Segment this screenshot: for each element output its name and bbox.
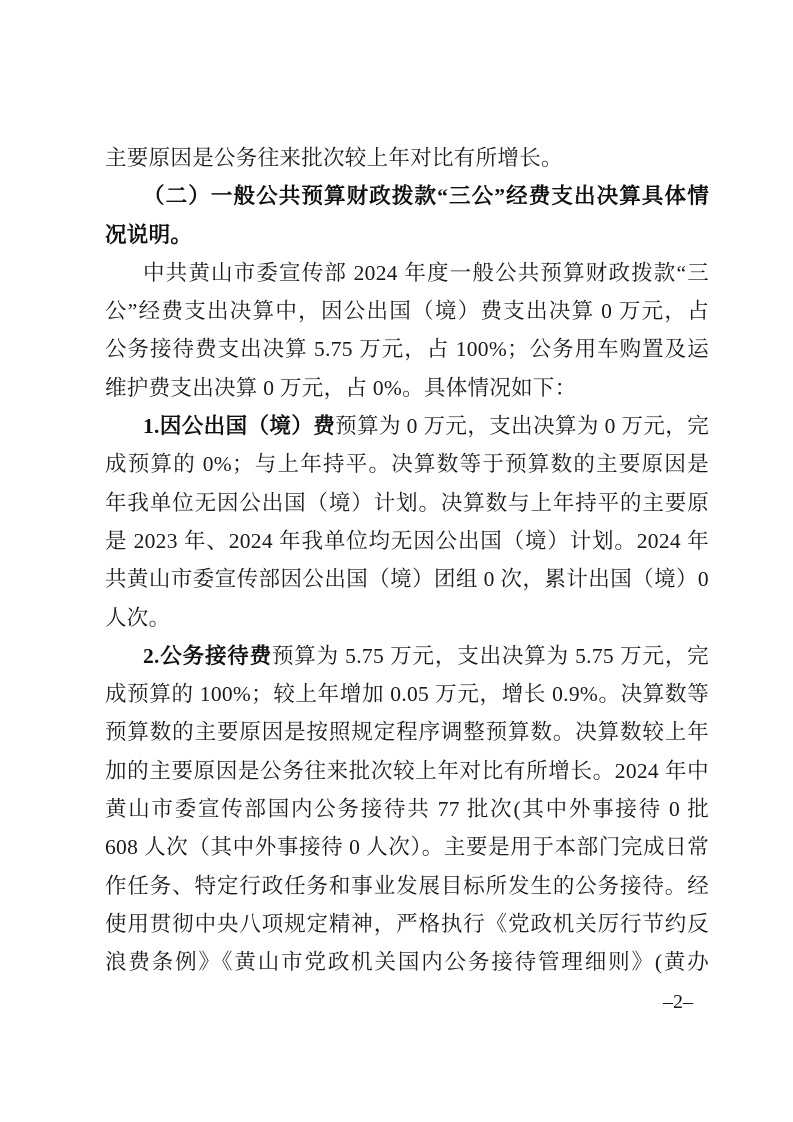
heading-line: 况说明。 xyxy=(105,216,709,254)
body-line: 成预算的 100%；较上年增加 0.05 万元，增长 0.9%。决算数等于 xyxy=(105,675,709,713)
page-number: –2– xyxy=(663,991,693,1013)
section-heading-run: 1.因公出国（境）费 xyxy=(143,414,335,438)
body-line: 作任务、特定行政任务和事业发展目标所发生的公务接待。经费 xyxy=(105,867,709,905)
body-line: 是 2023 年、2024 年我单位均无因公出国（境）计划。2024 年中 xyxy=(105,522,709,560)
section-heading-run: 2.公务接待费 xyxy=(143,644,272,668)
body-line: 主要原因是公务往来批次较上年对比有所增长。 xyxy=(105,139,709,177)
body-line: 2.公务接待费预算为 5.75 万元，支出决算为 5.75 万元，完 xyxy=(105,637,709,675)
body-line: 人次。 xyxy=(105,599,709,637)
body-line: 预算数的主要原因是按照规定程序调整预算数。决算数较上年增 xyxy=(105,713,709,751)
body-line: 浪费条例》《黄山市党政机关国内公务接待管理细则》(黄办〔2014〕 xyxy=(105,943,709,981)
body-line: 中共黄山市委宣传部 2024 年度一般公共预算财政拨款“三 xyxy=(105,254,709,292)
heading-line: （二）一般公共预算财政拨款“三公”经费支出决算具体情 xyxy=(105,177,709,215)
body-line: 年我单位无因公出国（境）计划。决算数与上年持平的主要原因 xyxy=(105,484,709,522)
body-line: 共黄山市委宣传部因公出国（境）团组 0 次，累计出国（境）0 xyxy=(105,560,709,598)
document-page: 主要原因是公务往来批次较上年对比有所增长。（二）一般公共预算财政拨款“三公”经费… xyxy=(0,0,793,1122)
body-line: 维护费支出决算 0 万元，占 0%。具体情况如下： xyxy=(105,369,709,407)
body-line: 1.因公出国（境）费预算为 0 万元，支出决算为 0 万元，完 xyxy=(105,407,709,445)
body-line: 加的主要原因是公务往来批次较上年对比有所增长。2024 年中共 xyxy=(105,752,709,790)
body-line: 使用贯彻中央八项规定精神，严格执行《党政机关厉行节约反对 xyxy=(105,905,709,943)
body-line: 608 人次（其中外事接待 0 人次）。主要是用于本部门完成日常工 xyxy=(105,828,709,866)
text-block: 主要原因是公务往来批次较上年对比有所增长。（二）一般公共预算财政拨款“三公”经费… xyxy=(105,139,709,982)
body-line: 成预算的 0%；与上年持平。决算数等于预算数的主要原因是 2024 xyxy=(105,445,709,483)
body-line: 公”经费支出决算中，因公出国（境）费支出决算 0 万元，占 0%； xyxy=(105,292,709,330)
body-line: 黄山市委宣传部国内公务接待共 77 批次(其中外事接待 0 批次)， xyxy=(105,790,709,828)
body-text-run: 预算为 5.75 万元，支出决算为 5.75 万元，完 xyxy=(272,644,709,668)
body-text-run: 预算为 0 万元，支出决算为 0 万元，完 xyxy=(335,414,709,438)
body-line: 公务接待费支出决算 5.75 万元，占 100%；公务用车购置及运行 xyxy=(105,330,709,368)
